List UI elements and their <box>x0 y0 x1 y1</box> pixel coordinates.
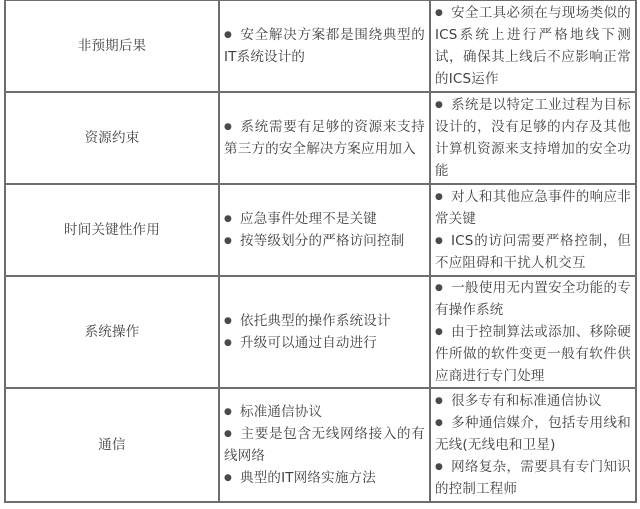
table-row: 系统操作 ●依托典型的操作系统设计 ●升级可以通过自动进行 ●一般使用无内置安全… <box>5 276 636 388</box>
table-row: 通信 ●标准通信协议 ●主要是包含无线网络接入的有线网络 ●典型的IT网络实施方… <box>5 388 636 502</box>
bullet-icon: ● <box>435 456 451 478</box>
item-text: 安全解决方案都是围绕典型的IT系统设计的 <box>224 27 425 65</box>
list-item: ●按等级划分的严格访问控制 <box>224 230 425 252</box>
bullet-icon: ● <box>435 186 451 208</box>
bullet-icon: ● <box>224 401 240 423</box>
item-text: 很多专有和标准通信协议 <box>451 393 602 409</box>
item-text: 升级可以通过自动进行 <box>240 335 377 351</box>
list-item: ●应急事件处理不是关键 <box>224 208 425 230</box>
item-text: ICS的访问需要严格控制，但不应阻碍和干扰人机交互 <box>435 233 631 271</box>
table-row: 非预期后果 ●安全解决方案都是围绕典型的IT系统设计的 ●安全工具必须在与现场类… <box>5 0 636 92</box>
bullet-icon: ● <box>435 2 451 24</box>
list-item: ●系统是以特定工业过程为目标设计的，没有足够的内存及其他计算机资源来支持增加的安… <box>435 94 631 182</box>
ics-cell: ●系统是以特定工业过程为目标设计的，没有足够的内存及其他计算机资源来支持增加的安… <box>430 92 636 184</box>
aspect-cell: 非预期后果 <box>5 0 219 92</box>
list-item: ●网络复杂，需要具有专门知识的控制工程师 <box>435 456 631 500</box>
list-item: ●安全解决方案都是围绕典型的IT系统设计的 <box>224 24 425 68</box>
list-item: ●标准通信协议 <box>224 401 425 423</box>
list-item: ●由于控制算法或添加、移除硬件所做的软件变更一般有软件供应商进行专门处理 <box>435 321 631 387</box>
it-vs-ics-comparison-table: 非预期后果 ●安全解决方案都是围绕典型的IT系统设计的 ●安全工具必须在与现场类… <box>4 0 637 503</box>
aspect-cell: 系统操作 <box>5 276 219 388</box>
it-cell: ●标准通信协议 ●主要是包含无线网络接入的有线网络 ●典型的IT网络实施方法 <box>219 388 430 502</box>
list-item: ●安全工具必须在与现场类似的ICS系统上进行严格地线下测试，确保其上线后不应影响… <box>435 2 631 90</box>
list-item: ●很多专有和标准通信协议 <box>435 390 631 412</box>
ics-cell: ●安全工具必须在与现场类似的ICS系统上进行严格地线下测试，确保其上线后不应影响… <box>430 0 636 92</box>
bullet-icon: ● <box>435 277 451 299</box>
bullet-icon: ● <box>435 94 451 116</box>
bullet-icon: ● <box>224 24 240 46</box>
item-text: 系统是以特定工业过程为目标设计的，没有足够的内存及其他计算机资源来支持增加的安全… <box>435 97 631 179</box>
item-text: 安全工具必须在与现场类似的ICS系统上进行严格地线下测试，确保其上线后不应影响正… <box>435 5 631 87</box>
item-text: 应急事件处理不是关键 <box>240 211 377 227</box>
ics-cell: ●对人和其他应急事件的响应非常关键 ●ICS的访问需要严格控制，但不应阻碍和干扰… <box>430 184 636 276</box>
bullet-icon: ● <box>435 412 451 434</box>
bullet-icon: ● <box>224 332 240 354</box>
bullet-icon: ● <box>224 467 240 489</box>
aspect-cell: 时间关键性作用 <box>5 184 219 276</box>
list-item: ●ICS的访问需要严格控制，但不应阻碍和干扰人机交互 <box>435 230 631 274</box>
comparison-table-container: 非预期后果 ●安全解决方案都是围绕典型的IT系统设计的 ●安全工具必须在与现场类… <box>4 0 637 503</box>
it-cell: ●依托典型的操作系统设计 ●升级可以通过自动进行 <box>219 276 430 388</box>
table-row: 时间关键性作用 ●应急事件处理不是关键 ●按等级划分的严格访问控制 ●对人和其他… <box>5 184 636 276</box>
item-text: 多种通信媒介，包括专用线和无线(无线电和卫星) <box>435 415 631 453</box>
bullet-icon: ● <box>435 390 451 412</box>
item-text: 对人和其他应急事件的响应非常关键 <box>435 189 631 227</box>
bullet-icon: ● <box>224 310 240 332</box>
list-item: ●一般使用无内置安全功能的专有操作系统 <box>435 277 631 321</box>
item-text: 典型的IT网络实施方法 <box>240 470 376 486</box>
table-row: 资源约束 ●系统需要有足够的资源来支持第三方的安全解决方案应用加入 ●系统是以特… <box>5 92 636 184</box>
list-item: ●升级可以通过自动进行 <box>224 332 425 354</box>
item-text: 标准通信协议 <box>240 404 322 420</box>
list-item: ●系统需要有足够的资源来支持第三方的安全解决方案应用加入 <box>224 116 425 160</box>
ics-cell: ●一般使用无内置安全功能的专有操作系统 ●由于控制算法或添加、移除硬件所做的软件… <box>430 276 636 388</box>
item-text: 依托典型的操作系统设计 <box>240 313 391 329</box>
item-text: 网络复杂，需要具有专门知识的控制工程师 <box>435 459 631 497</box>
it-cell: ●系统需要有足够的资源来支持第三方的安全解决方案应用加入 <box>219 92 430 184</box>
bullet-icon: ● <box>224 423 240 445</box>
bullet-icon: ● <box>224 230 240 252</box>
aspect-cell: 资源约束 <box>5 92 219 184</box>
ics-cell: ●很多专有和标准通信协议 ●多种通信媒介，包括专用线和无线(无线电和卫星) ●网… <box>430 388 636 502</box>
bullet-icon: ● <box>224 116 240 138</box>
bullet-icon: ● <box>435 230 451 252</box>
it-cell: ●应急事件处理不是关键 ●按等级划分的严格访问控制 <box>219 184 430 276</box>
item-text: 一般使用无内置安全功能的专有操作系统 <box>435 280 631 318</box>
bullet-icon: ● <box>224 208 240 230</box>
aspect-cell: 通信 <box>5 388 219 502</box>
bullet-icon: ● <box>435 321 451 343</box>
list-item: ●主要是包含无线网络接入的有线网络 <box>224 423 425 467</box>
list-item: ●典型的IT网络实施方法 <box>224 467 425 489</box>
item-text: 主要是包含无线网络接入的有线网络 <box>224 426 425 464</box>
item-text: 系统需要有足够的资源来支持第三方的安全解决方案应用加入 <box>224 119 425 157</box>
item-text: 按等级划分的严格访问控制 <box>240 233 404 249</box>
list-item: ●依托典型的操作系统设计 <box>224 310 425 332</box>
list-item: ●对人和其他应急事件的响应非常关键 <box>435 186 631 230</box>
it-cell: ●安全解决方案都是围绕典型的IT系统设计的 <box>219 0 430 92</box>
list-item: ●多种通信媒介，包括专用线和无线(无线电和卫星) <box>435 412 631 456</box>
item-text: 由于控制算法或添加、移除硬件所做的软件变更一般有软件供应商进行专门处理 <box>435 324 631 384</box>
